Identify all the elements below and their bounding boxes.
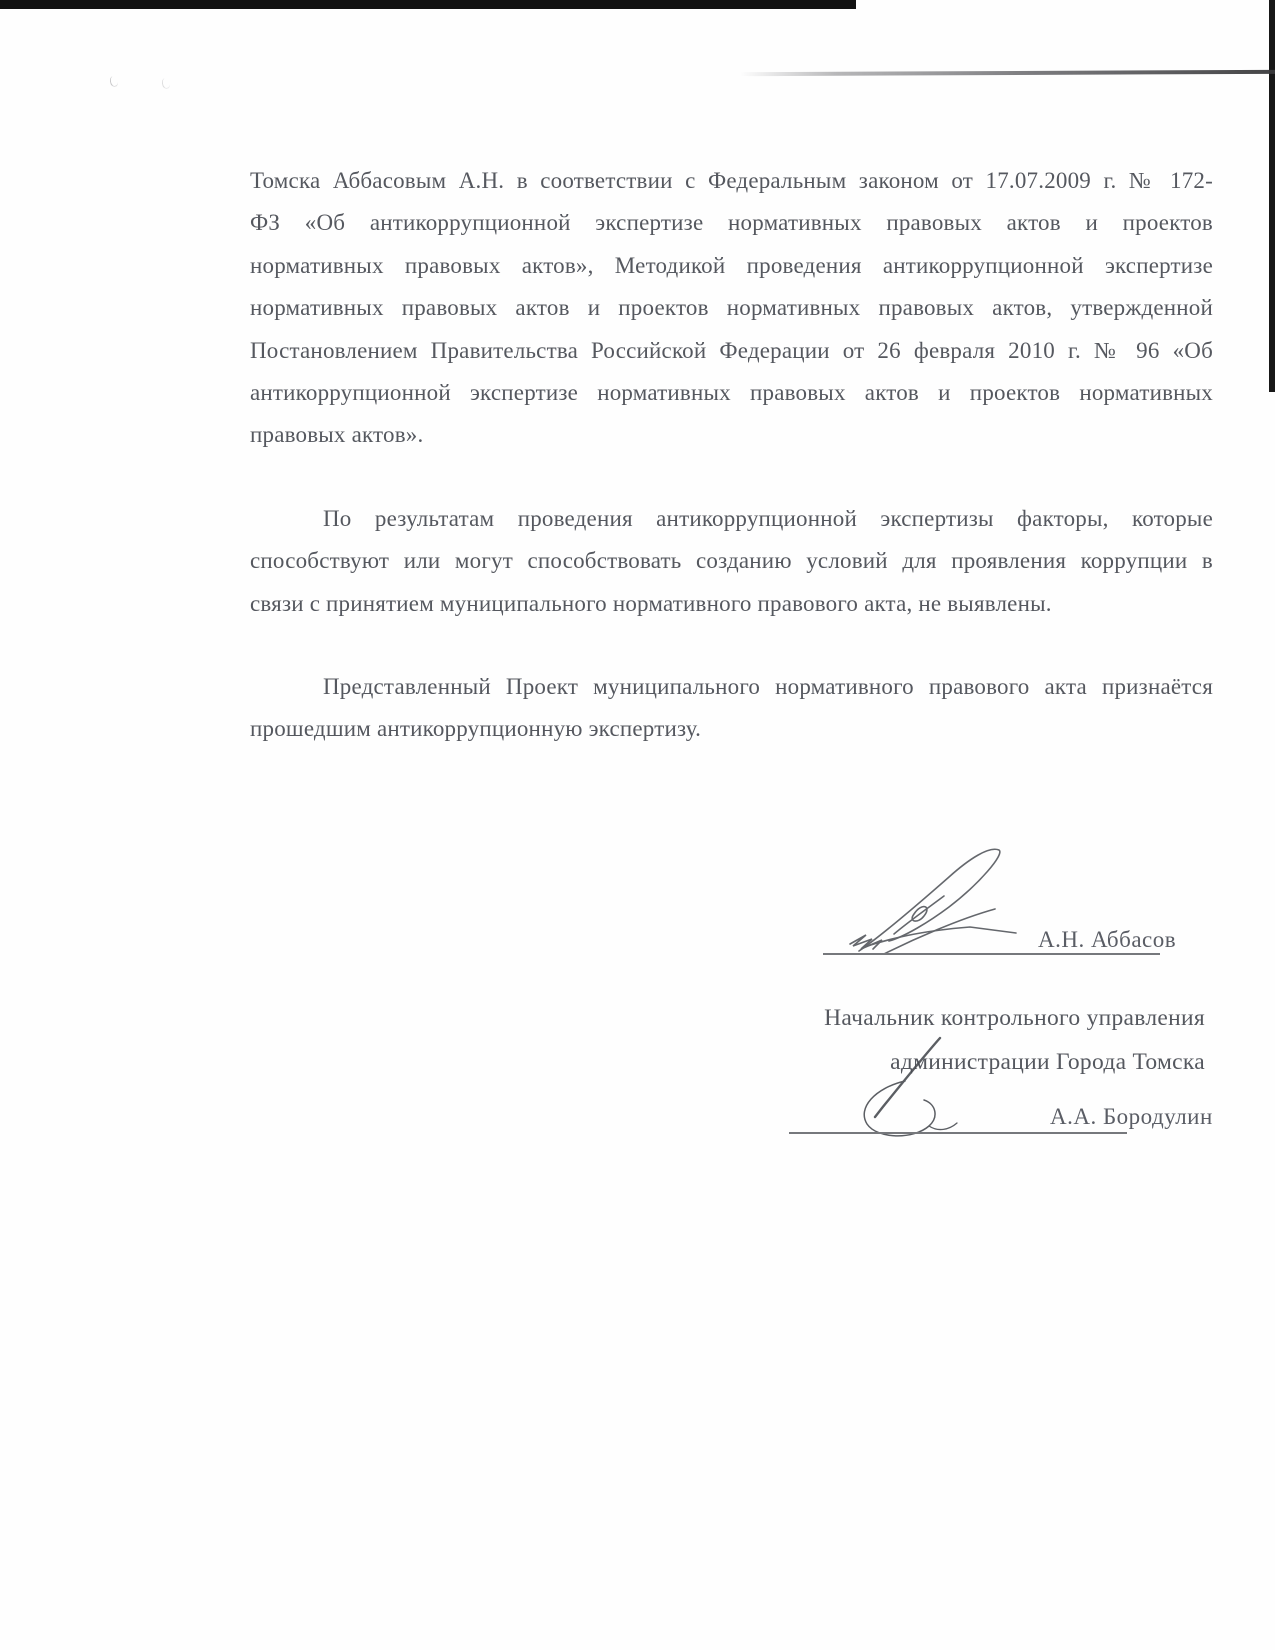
text-line: Томска Аббасовым А.Н. в соответствии с Ф… (250, 160, 1213, 202)
scan-artifact-line (740, 70, 1275, 76)
pencil-mark (109, 75, 119, 87)
paragraph-conclusion: Представленный Проект муниципального нор… (250, 666, 1213, 751)
paragraph-expertise-results: По результатам проведения антикоррупцион… (250, 498, 1213, 625)
text-line: ФЗ «Об антикоррупционной экспертизе норм… (250, 202, 1213, 244)
text-line: нормативных правовых актов», Методикой п… (250, 245, 1213, 287)
scan-artifact-top-bar (0, 0, 856, 9)
signature-name-abbasov: А.Н. Аббасов (1038, 927, 1176, 953)
signature-line (823, 953, 1160, 955)
scan-artifact-right-strip (1269, 0, 1275, 392)
text-line: По результатам проведения антикоррупцион… (250, 498, 1213, 540)
signature-abbasov-scribble (828, 838, 1023, 960)
text-line: правовых актов». (250, 414, 1213, 456)
text-line: связи с принятием муниципального нормати… (250, 583, 1213, 625)
text-line: нормативных правовых актов и проектов но… (250, 287, 1213, 329)
signature-name-borodulin: А.А. Бородулин (1050, 1104, 1213, 1130)
signature-borodulin-scribble (843, 1032, 968, 1140)
document-page: Томска Аббасовым А.Н. в соответствии с Ф… (0, 0, 1275, 1650)
text-line: Постановлением Правительства Российской … (250, 330, 1213, 372)
pencil-mark (161, 77, 171, 89)
paragraph-legal-basis: Томска Аббасовым А.Н. в соответствии с Ф… (250, 160, 1213, 457)
text-line: Представленный Проект муниципального нор… (250, 666, 1213, 708)
text-line: антикоррупционной экспертизе нормативных… (250, 372, 1213, 414)
signature-line (789, 1132, 1127, 1134)
text-line: прошедшим антикоррупционную экспертизу. (250, 708, 1213, 750)
text-line: способствуют или могут способствовать со… (250, 540, 1213, 582)
